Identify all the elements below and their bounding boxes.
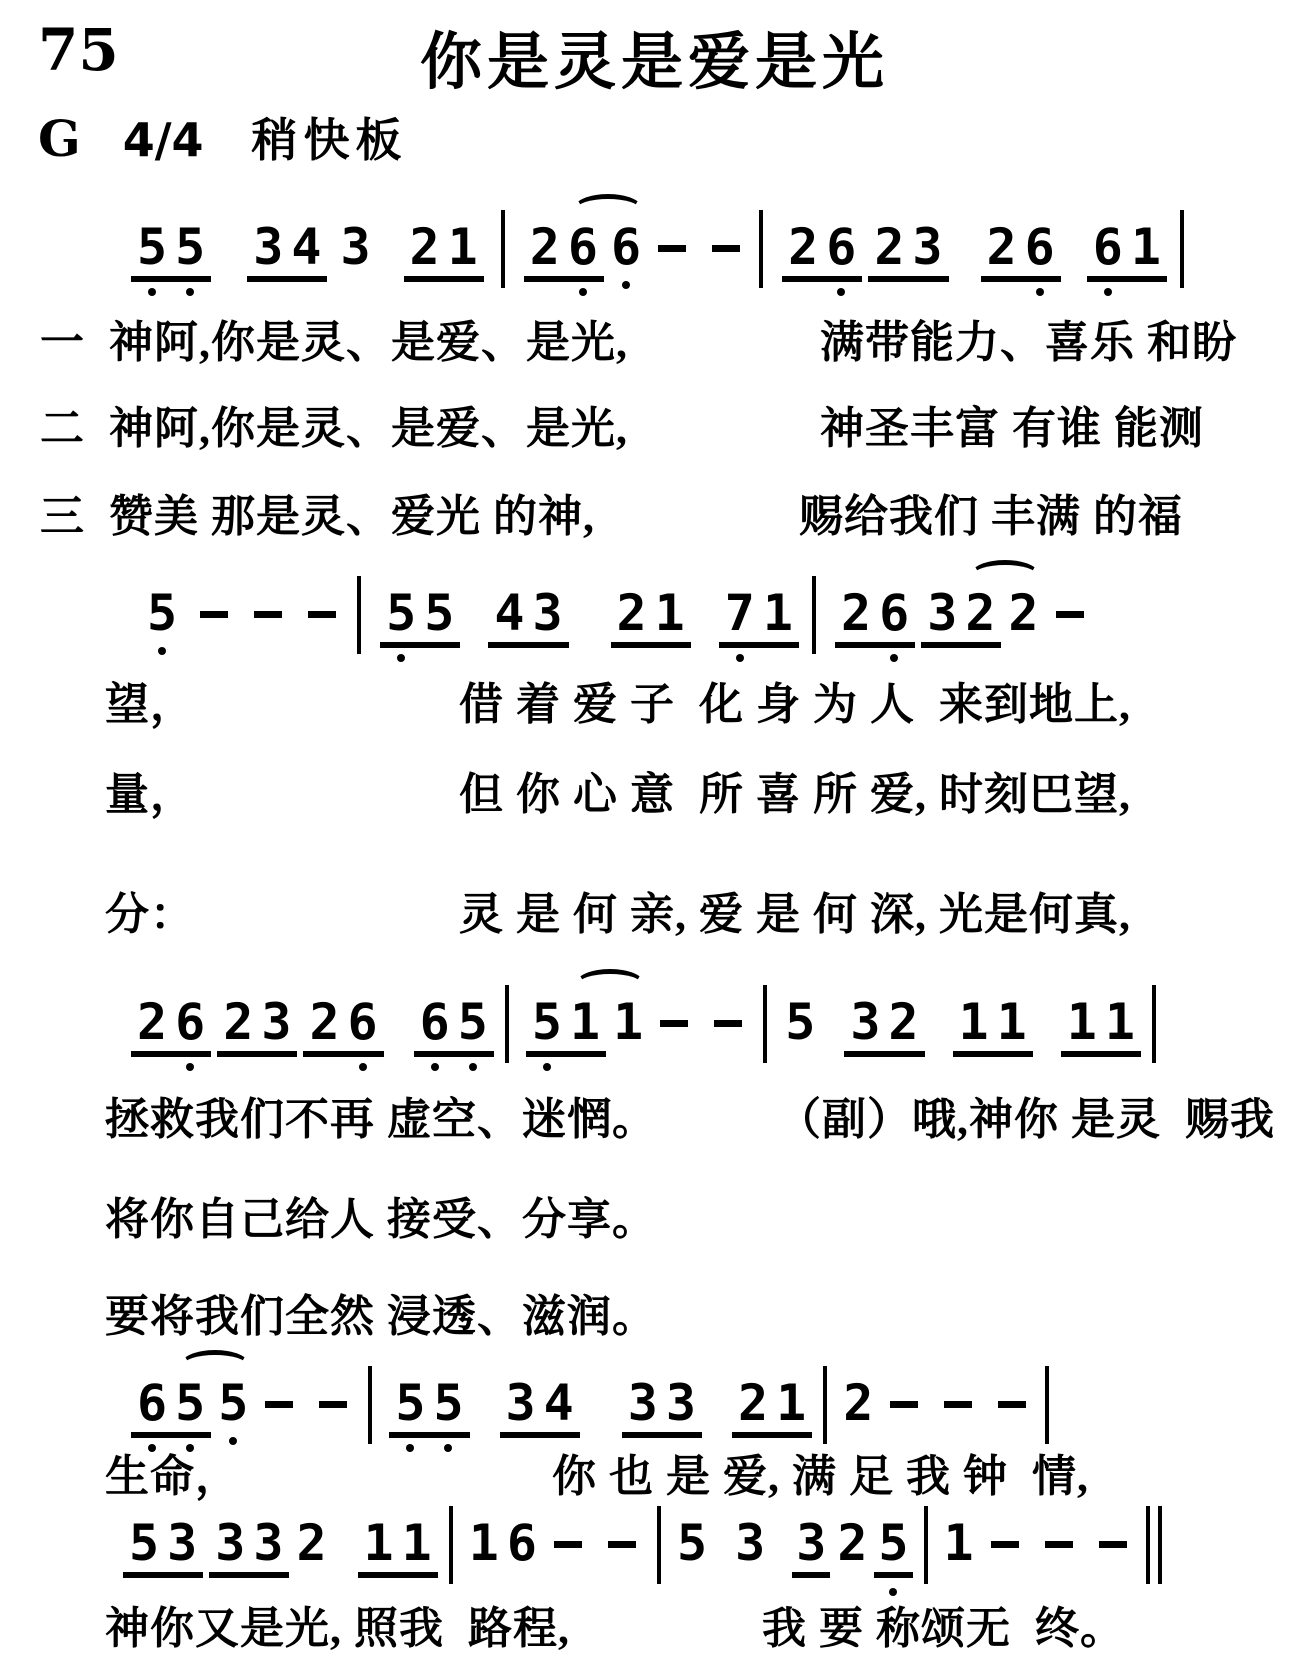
duration-dash	[200, 611, 228, 618]
lyrics-row-2: 二 神阿,你是灵、是爱、是光, 神圣丰富 有谁 能测	[40, 392, 1204, 456]
spacer	[214, 222, 244, 223]
jianpu-note: 3	[908, 222, 946, 272]
beam-group: 23	[868, 222, 948, 282]
jianpu-note: 1	[1127, 222, 1165, 272]
spacer	[916, 1518, 924, 1519]
meta-row: G4/4稍快板	[38, 104, 408, 164]
jianpu-note: 6	[133, 1378, 171, 1428]
spacer	[1036, 997, 1058, 998]
jianpu-note: 3	[792, 1518, 830, 1578]
duration-dash	[319, 1401, 347, 1408]
jianpu-note: 1	[609, 997, 647, 1047]
jianpu-note: 3	[257, 997, 295, 1047]
barline	[1152, 985, 1156, 1063]
barline	[1146, 1506, 1150, 1584]
spacer	[331, 1518, 355, 1519]
jianpu-note: 1	[360, 1518, 398, 1568]
lyrics-row-10: 生命， 你 也 是 爱, 满 足 我 钟 情,	[105, 1440, 1089, 1504]
lyrics-row-5: 量， 但 你 心 意 所 喜 所 爱, 时刻巴望,	[105, 758, 1131, 822]
jianpu-note: 1	[566, 997, 604, 1047]
duration-dash	[998, 1401, 1026, 1408]
beam-group: 34	[500, 1378, 580, 1438]
slur-arc	[971, 560, 1039, 589]
duration-dash	[254, 611, 282, 618]
jianpu-note: 2	[784, 222, 822, 272]
spacer	[487, 222, 501, 223]
spacer	[815, 1378, 823, 1379]
jianpu-note: 5	[171, 1378, 209, 1428]
beam-group: 26	[524, 222, 604, 282]
beam-group: 32	[921, 588, 1001, 648]
lyrics-row-11: 神你又是光, 照我 路程, 我 要 称颂无 终。	[105, 1592, 1125, 1656]
jianpu-note: 2	[839, 1378, 877, 1428]
spacer	[755, 997, 763, 998]
jianpu-note: 5	[528, 997, 566, 1047]
jianpu-note: 2	[734, 1378, 772, 1428]
jianpu-note: 3	[731, 1518, 769, 1568]
jianpu-note: 1	[772, 1378, 810, 1428]
spacer	[661, 1518, 673, 1519]
jianpu-note: 5	[673, 1518, 711, 1568]
jianpu-note: 6	[503, 1518, 541, 1568]
jianpu-note: 3	[163, 1518, 201, 1568]
spacer	[372, 1378, 386, 1379]
spacer	[505, 222, 521, 223]
jianpu-note: 4	[287, 222, 325, 272]
lyrics-row-1: 一 神阿,你是灵、是爱、是光, 满带能力、喜乐 和盼	[40, 306, 1237, 370]
jianpu-note: 2	[1004, 588, 1042, 638]
jianpu-note: 5	[214, 1378, 252, 1428]
jianpu-note: 4	[540, 1378, 578, 1428]
jianpu-note: 5	[125, 1518, 163, 1568]
jianpu-note: 6	[171, 997, 209, 1047]
duration-dash	[1045, 1541, 1073, 1548]
beam-group: 55	[131, 222, 211, 282]
spacer	[819, 997, 841, 998]
jianpu-note: 3	[624, 1378, 662, 1428]
jianpu-note: 6	[822, 222, 860, 272]
beam-group: 26	[782, 222, 862, 282]
spacer	[1064, 222, 1084, 223]
spacer	[463, 588, 485, 589]
spacer	[816, 588, 832, 589]
beam-group: 65	[414, 997, 494, 1057]
music-line-5: 533321116533251	[120, 1518, 1162, 1598]
duration-dash	[944, 1401, 972, 1408]
spacer	[572, 588, 608, 589]
spacer	[387, 997, 411, 998]
music-line-1: 553432126626232661	[128, 222, 1184, 302]
spacer	[769, 1518, 789, 1519]
duration-dash	[658, 245, 686, 252]
jianpu-note: 6	[1089, 222, 1127, 272]
beam-group: 61	[1087, 222, 1167, 282]
beam-group: 53	[123, 1518, 203, 1578]
jianpu-note: 2	[526, 222, 564, 272]
jianpu-note: 6	[875, 588, 913, 638]
jianpu-note: 5	[391, 1378, 429, 1428]
beam-group: 33	[209, 1518, 289, 1578]
jianpu-note: 3	[502, 1378, 540, 1428]
final-double-barline	[1146, 1518, 1162, 1584]
spacer	[928, 997, 950, 998]
key-signature: G	[38, 109, 81, 168]
spacer	[360, 1378, 368, 1379]
jianpu-note: 2	[870, 222, 908, 272]
duration-dash	[890, 1401, 918, 1408]
jianpu-note: 3	[923, 588, 961, 638]
duration-dash	[308, 611, 336, 618]
beam-group: 26	[131, 997, 211, 1057]
spacer	[802, 588, 812, 589]
duration-dash	[554, 1541, 582, 1548]
jianpu-note: 6	[344, 997, 382, 1047]
spacer	[509, 997, 523, 998]
music-line-2: 55543217126322	[143, 588, 1097, 668]
spacer	[928, 1518, 940, 1519]
spacer	[1144, 997, 1152, 998]
spacer	[181, 588, 187, 589]
spacer	[952, 222, 978, 223]
jianpu-note: 2	[833, 1518, 871, 1568]
beam-group: 11	[358, 1518, 438, 1578]
barline	[1158, 1506, 1162, 1584]
jianpu-note: 2	[884, 997, 922, 1047]
beam-group: 43	[488, 588, 568, 648]
jianpu-note: 1	[444, 222, 482, 272]
jianpu-note: 5	[171, 222, 209, 272]
lyrics-row-7: 拯救我们不再 虚空、迷惘。 （副）哦,神你 是灵 赐我	[105, 1083, 1275, 1147]
jianpu-note: 1	[940, 1518, 978, 1568]
jianpu-note: 7	[721, 588, 759, 638]
jianpu-note: 3	[846, 997, 884, 1047]
jianpu-note: 1	[759, 588, 797, 638]
jianpu-note: 1	[993, 997, 1031, 1047]
hymn-title: 你是灵是爱是光	[0, 12, 1309, 101]
jianpu-note: 3	[249, 1518, 287, 1568]
lyrics-row-4: 望， 借 着 爱 子 化 身 为 人 来到地上,	[105, 668, 1131, 732]
slur-arc	[574, 194, 642, 223]
spacer	[473, 1378, 497, 1379]
spacer	[361, 588, 377, 589]
beam-group: 34	[247, 222, 327, 282]
jianpu-note: 5	[429, 1378, 467, 1428]
beam-group: 65	[131, 1378, 211, 1438]
beam-group: 21	[611, 588, 691, 648]
spacer	[649, 1518, 657, 1519]
beam-group: 71	[719, 588, 799, 648]
jianpu-note: 6	[1021, 222, 1059, 272]
beam-group: 26	[835, 588, 915, 648]
jianpu-note: 2	[961, 588, 999, 638]
jianpu-note: 2	[613, 588, 651, 638]
lyrics-row-6: 分： 灵 是 何 亲, 爱 是 何 深, 光是何真,	[105, 878, 1131, 942]
jianpu-note: 2	[133, 997, 171, 1047]
jianpu-note: 1	[955, 997, 993, 1047]
beam-group: 21	[732, 1378, 812, 1438]
beam-group: 55	[380, 588, 460, 648]
spacer	[763, 222, 779, 223]
jianpu-note: 3	[249, 222, 287, 272]
spacer	[441, 1518, 449, 1519]
jianpu-note: 5	[781, 997, 819, 1047]
jianpu-note: 1	[465, 1518, 503, 1568]
jianpu-note: 5	[133, 222, 171, 272]
jianpu-note: 5	[454, 997, 492, 1047]
duration-dash	[1056, 611, 1084, 618]
beam-group: 55	[389, 1378, 469, 1438]
slur-arc	[181, 1350, 249, 1379]
jianpu-note: 2	[219, 997, 257, 1047]
jianpu-note: 3	[211, 1518, 249, 1568]
slur-arc	[576, 969, 644, 998]
jianpu-note: 2	[406, 222, 444, 272]
jianpu-note: 3	[662, 1378, 700, 1428]
spacer	[705, 1378, 729, 1379]
jianpu-note: 5	[874, 1518, 912, 1578]
duration-dash	[265, 1401, 293, 1408]
barline	[1180, 210, 1184, 288]
duration-dash	[714, 1020, 742, 1027]
music-line-3: 262326655115321111	[128, 997, 1156, 1077]
jianpu-note: 5	[420, 588, 458, 638]
spacer	[767, 997, 781, 998]
jianpu-note: 1	[651, 588, 689, 638]
lyrics-row-3: 三 赞美 那是灵、爱光 的神, 赐给我们 丰满 的福	[40, 480, 1183, 544]
jianpu-note: 2	[983, 222, 1021, 272]
jianpu-note: 5	[143, 588, 181, 638]
jianpu-note: 1	[1063, 997, 1101, 1047]
jianpu-note: 2	[292, 1518, 330, 1568]
beam-group: 11	[953, 997, 1033, 1057]
tempo-marking: 稍快板	[252, 115, 408, 166]
spacer	[453, 1518, 465, 1519]
barline	[1045, 1366, 1049, 1444]
jianpu-note: 6	[564, 222, 602, 272]
beam-group: 33	[622, 1378, 702, 1438]
jianpu-note: 2	[305, 997, 343, 1047]
beam-group: 32	[844, 997, 924, 1057]
jianpu-note: 3	[336, 222, 374, 272]
jianpu-note: 5	[382, 588, 420, 638]
jianpu-note: 3	[528, 588, 566, 638]
beam-group: 11	[1061, 997, 1141, 1057]
lyrics-row-9: 要将我们全然 浸透、滋润。	[105, 1280, 657, 1344]
jianpu-note: 6	[607, 222, 645, 272]
spacer	[1170, 222, 1180, 223]
duration-dash	[1099, 1541, 1127, 1548]
duration-dash	[991, 1541, 1019, 1548]
duration-dash	[608, 1541, 636, 1548]
spacer	[375, 222, 401, 223]
duration-dash	[712, 245, 740, 252]
jianpu-note: 6	[416, 997, 454, 1047]
jianpu-note: 1	[1101, 997, 1139, 1047]
time-signature: 4/4	[123, 113, 204, 167]
jianpu-note: 2	[837, 588, 875, 638]
spacer	[583, 1378, 619, 1379]
beam-group: 26	[981, 222, 1061, 282]
lyrics-row-8: 将你自己给人 接受、分享。	[105, 1183, 657, 1247]
jianpu-note: 1	[398, 1518, 436, 1568]
spacer	[349, 588, 357, 589]
beam-group: 21	[404, 222, 484, 282]
jianpu-note: 4	[490, 588, 528, 638]
duration-dash	[660, 1020, 688, 1027]
spacer	[711, 1518, 731, 1519]
beam-group: 51	[526, 997, 606, 1057]
spacer	[497, 997, 505, 998]
beam-group: 26	[303, 997, 383, 1057]
spacer	[694, 588, 716, 589]
hymn-sheet-page: 75 你是灵是爱是光 G4/4稍快板 553432126626232661555…	[0, 0, 1309, 1666]
beam-group: 23	[217, 997, 297, 1057]
spacer	[827, 1378, 839, 1379]
